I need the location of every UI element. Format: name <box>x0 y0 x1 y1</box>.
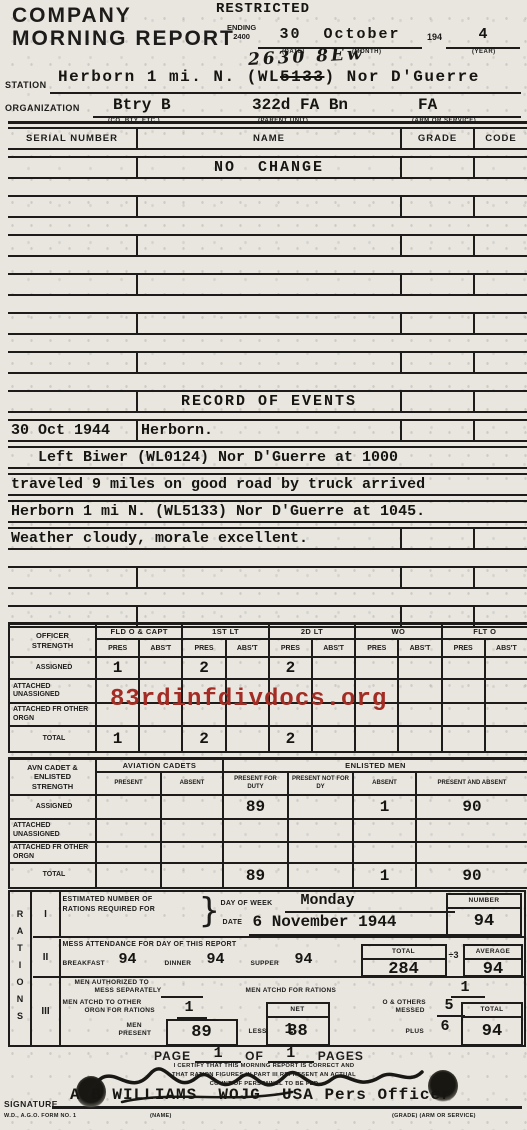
col-present-for-duty: PRESENT FOR DUTY <box>224 773 289 796</box>
group-wo: WO <box>356 625 442 640</box>
organization-unit: Btry B <box>113 96 171 114</box>
net-box: NET 88 <box>266 1002 330 1046</box>
rations-section-3: III MEN AUTHORIZED TO MESS SEPARATELY ME… <box>33 978 525 1045</box>
signature-typed-name: A B WILLIAMS WOJG USA Pers Officer <box>70 1086 452 1104</box>
grand-total-value: 94 <box>463 1018 521 1044</box>
ending-time: 2400 <box>227 33 256 42</box>
empty-cell <box>473 353 527 372</box>
year-sublabel: (YEAR) <box>472 49 496 55</box>
atchd-other-label-1: MEN ATCHD TO OTHER <box>63 999 142 1006</box>
empty-cell <box>8 158 136 177</box>
empty-cell <box>140 727 183 753</box>
report-year-value: 4 <box>478 26 487 43</box>
empty-cell <box>8 353 136 372</box>
empty-cell <box>97 843 162 864</box>
empty-cell <box>354 843 417 864</box>
empty-cell <box>473 568 527 587</box>
abst-header: ABS'T <box>227 640 270 658</box>
total-present-for-duty: 89 <box>224 864 289 889</box>
empty-cell <box>473 421 527 440</box>
row-label-attached-fr-other: ATTACHED FR OTHER ORGN <box>10 704 97 727</box>
event-row-2: Left Biwer (WL0124) Nor D'Guerre at 1000 <box>8 446 527 469</box>
underline <box>249 932 455 936</box>
no-change-row: NO CHANGE <box>8 156 527 179</box>
average-value: 94 <box>465 960 521 979</box>
messed-label: MESSED <box>396 1007 425 1014</box>
col-present: PRESENT <box>97 773 162 796</box>
organization-label: ORGANIZATION <box>5 103 80 113</box>
event-date: 30 Oct 1944 <box>8 421 136 440</box>
rations-date-value: 6 November 1944 <box>253 913 397 931</box>
empty-cell <box>486 680 527 704</box>
empty-cell <box>486 704 527 727</box>
empty-cell <box>289 864 354 889</box>
no-change-entry: NO CHANGE <box>138 158 400 177</box>
abst-header: ABS'T <box>486 640 527 658</box>
event-text: Herborn 1 mi N. (WL5133) Nor D'Guerre at… <box>8 502 527 521</box>
empty-cell <box>354 820 417 843</box>
total-fld-capt-pres: 1 <box>97 727 140 753</box>
net-value: 88 <box>268 1018 328 1044</box>
form-number: W.D., A.G.O. FORM NO. 1 <box>4 1113 76 1119</box>
roster-empty-row <box>8 566 527 589</box>
men-present-box: 89 <box>166 1019 238 1046</box>
empty-cell <box>443 727 486 753</box>
estimated-label-2: RATIONS REQUIRED FOR <box>63 906 156 913</box>
station-suffix: ) Nor D'Guerre <box>324 68 479 86</box>
empty-cell <box>400 314 473 333</box>
empty-cell <box>8 392 136 411</box>
morning-report-scan: COMPANY MORNING REPORT RESTRICTED ENDING… <box>0 0 527 1130</box>
empty-cell <box>136 353 400 372</box>
empty-cell <box>136 314 400 333</box>
personnel-roster-table: SERIAL NUMBER NAME GRADE CODE NO CHANGE … <box>8 121 527 644</box>
event-text: traveled 9 miles on good road by truck a… <box>8 475 527 494</box>
dinner-label: DINNER <box>165 960 192 967</box>
empty-cell <box>8 568 136 587</box>
atchd-other-label-2: ORGN FOR RATIONS <box>85 1007 155 1014</box>
event-row-3: traveled 9 miles on good road by truck a… <box>8 473 527 496</box>
restricted-stamp: RESTRICTED <box>216 1 310 17</box>
total-absent: 1 <box>354 864 417 889</box>
station-struck-coords: 5133 <box>280 68 324 86</box>
brace-glyph: } <box>199 894 221 928</box>
empty-cell <box>227 727 270 753</box>
row-label-total: TOTAL <box>10 864 97 889</box>
record-of-events-header-row: RECORD OF EVENTS <box>8 390 527 413</box>
event-row-5: Weather cloudy, morale excellent. <box>8 527 527 550</box>
event-text: Weather cloudy, morale excellent. <box>8 529 400 548</box>
group-aviation-cadets: AVIATION CADETS <box>97 760 224 773</box>
total-box: TOTAL 284 <box>361 944 447 977</box>
event-text: Herborn. <box>138 421 400 440</box>
rations-letters: RATIONS <box>15 909 25 1028</box>
supper-value: 94 <box>295 951 313 968</box>
group-1st-lt: 1ST LT <box>183 625 269 640</box>
day-of-week-value: Monday <box>301 892 355 909</box>
average-label: AVERAGE <box>465 946 521 960</box>
empty-cell <box>473 158 527 177</box>
number-value: 94 <box>448 909 520 934</box>
roster-empty-row <box>8 312 527 335</box>
form-title-line2: MORNING REPORT <box>12 27 235 51</box>
code-header: CODE <box>473 129 527 148</box>
assigned-fld-capt-pres: 1 <box>97 658 140 680</box>
empty-cell <box>356 658 399 680</box>
archive-watermark: 83rdinfdivdocs.org <box>110 686 387 713</box>
grand-total-label: TOTAL <box>463 1004 521 1018</box>
enlisted-strength-table: AVN CADET & ENLISTED STRENGTH AVIATION C… <box>8 757 527 889</box>
divider <box>8 121 527 124</box>
empty-cell <box>473 275 527 294</box>
row-label-total: TOTAL <box>10 727 97 753</box>
assigned-absent: 1 <box>354 796 417 820</box>
empty-cell <box>313 658 356 680</box>
cadet-enlisted-corner-label: AVN CADET & ENLISTED STRENGTH <box>10 760 97 796</box>
pres-header: PRES <box>443 640 486 658</box>
year-prefix: 194 <box>427 32 442 42</box>
group-flt-o: FLT O <box>443 625 527 640</box>
blank-underline <box>161 994 203 998</box>
empty-cell <box>400 568 473 587</box>
empty-cell <box>8 197 136 216</box>
col-present-not-for-duty: PRESENT NOT FOR DY <box>289 773 354 796</box>
col-absent: ABSENT <box>162 773 224 796</box>
row-label-assigned: ASSIGNED <box>10 658 97 680</box>
atchd-for-rations-label: MEN ATCHD FOR RATIONS <box>246 987 337 994</box>
empty-cell <box>97 864 162 889</box>
day-of-week-label: DAY OF WEEK <box>221 900 273 907</box>
less-value: 1 <box>285 1021 294 1038</box>
empty-cell <box>162 864 224 889</box>
event-row-1: 30 Oct 1944 Herborn. <box>8 419 527 442</box>
total-value: 284 <box>363 960 445 979</box>
pres-header: PRES <box>356 640 399 658</box>
roster-empty-row <box>8 273 527 296</box>
empty-cell <box>8 236 136 255</box>
roster-empty-row <box>8 234 527 257</box>
empty-cell <box>227 658 270 680</box>
roster-empty-row <box>8 195 527 218</box>
empty-cell <box>399 658 442 680</box>
empty-cell <box>399 727 442 753</box>
pres-header: PRES <box>97 640 140 658</box>
total-2d-lt-pres: 2 <box>270 727 313 753</box>
rations-section-1: I ESTIMATED NUMBER OF RATIONS REQUIRED F… <box>33 892 525 938</box>
row-label-attached-unassigned: ATTACHED UNASSIGNED <box>10 820 97 843</box>
authorized-label-2: MESS SEPARATELY <box>95 987 162 994</box>
empty-cell <box>400 353 473 372</box>
empty-cell <box>162 796 224 820</box>
assigned-2d-lt-pres: 2 <box>270 658 313 680</box>
others-messed-value: 5 <box>445 997 454 1014</box>
station-label: STATION <box>5 80 47 90</box>
mess-attendance-label: MESS ATTENDANCE FOR DAY OF THIS REPORT <box>63 941 237 948</box>
grand-total-box: TOTAL 94 <box>461 1002 523 1046</box>
empty-cell <box>224 843 289 864</box>
name-sublabel: (NAME) <box>150 1113 172 1119</box>
empty-cell <box>8 314 136 333</box>
empty-cell <box>136 568 400 587</box>
empty-cell <box>399 704 442 727</box>
total-1st-lt-pres: 2 <box>183 727 226 753</box>
empty-cell <box>289 820 354 843</box>
empty-cell <box>473 197 527 216</box>
average-box: AVERAGE 94 <box>463 944 523 977</box>
empty-cell <box>136 236 400 255</box>
total-present-and-absent: 90 <box>417 864 527 889</box>
assigned-present-and-absent: 90 <box>417 796 527 820</box>
number-box: NUMBER 94 <box>446 893 522 936</box>
report-year-field: 4 <box>446 25 520 49</box>
row-label-assigned: ASSIGNED <box>10 796 97 820</box>
group-enlisted-men: ENLISTED MEN <box>224 760 527 773</box>
empty-cell <box>486 727 527 753</box>
plus-value: 6 <box>441 1018 450 1035</box>
breakfast-label: BREAKFAST <box>63 960 105 967</box>
o-and-others-label: O & OTHERS <box>383 999 426 1006</box>
pres-header: PRES <box>183 640 226 658</box>
number-label: NUMBER <box>448 895 520 909</box>
group-fld-o-capt: FLD O & CAPT <box>97 625 183 640</box>
group-2d-lt: 2D LT <box>270 625 356 640</box>
event-text: Left Biwer (WL0124) Nor D'Guerre at 1000 <box>8 448 527 467</box>
section-2-numeral: II <box>33 939 61 976</box>
less-label: LESS <box>249 1028 267 1035</box>
serial-number-header: SERIAL NUMBER <box>8 129 136 148</box>
empty-cell <box>399 680 442 704</box>
empty-cell <box>136 197 400 216</box>
men-label: MEN <box>127 1022 142 1029</box>
pres-header: PRES <box>270 640 313 658</box>
section-3-numeral: III <box>33 978 61 1045</box>
event-row-4: Herborn 1 mi N. (WL5133) Nor D'Guerre at… <box>8 500 527 523</box>
empty-cell <box>417 843 527 864</box>
empty-cell <box>417 820 527 843</box>
empty-cell <box>443 680 486 704</box>
empty-cell <box>486 658 527 680</box>
grade-arm-sublabel: (GRADE) (ARM OR SERVICE) <box>392 1113 476 1119</box>
signature-label: SIGNATURE <box>4 1099 58 1109</box>
men-present-value: 89 <box>168 1021 236 1044</box>
empty-cell <box>8 275 136 294</box>
empty-cell <box>400 392 473 411</box>
organization-arm: FA <box>418 96 437 114</box>
empty-cell <box>136 275 400 294</box>
empty-cell <box>443 704 486 727</box>
atchd-other-value: 1 <box>185 999 194 1016</box>
col-present-and-absent: PRESENT AND ABSENT <box>417 773 527 796</box>
divide-by-3: ÷3 <box>449 950 459 960</box>
officer-strength-corner-label: OFFICER STRENGTH <box>10 625 97 658</box>
estimated-label-1: ESTIMATED NUMBER OF <box>63 896 153 903</box>
row-label-attached-fr-other: ATTACHED FR OTHER ORGN <box>10 843 97 864</box>
empty-cell <box>400 197 473 216</box>
abst-header: ABS'T <box>399 640 442 658</box>
assigned-1st-lt-pres: 2 <box>183 658 226 680</box>
net-label: NET <box>268 1004 328 1018</box>
present-label: PRESENT <box>119 1030 152 1037</box>
empty-cell <box>97 796 162 820</box>
empty-cell <box>473 236 527 255</box>
empty-cell <box>224 820 289 843</box>
authorized-label-1: MEN AUTHORIZED TO <box>75 979 149 986</box>
empty-cell <box>400 421 473 440</box>
empty-cell <box>162 843 224 864</box>
section-1-numeral: I <box>33 892 61 936</box>
empty-cell <box>289 796 354 820</box>
row-label-attached-unassigned: ATTACHED UNASSIGNED <box>10 680 97 704</box>
date-label: DATE <box>223 919 243 926</box>
assigned-present-for-duty: 89 <box>224 796 289 820</box>
report-date-value: 30 October <box>279 26 400 43</box>
grade-header: GRADE <box>400 129 473 148</box>
station-value: Herborn 1 mi. N. (WL5133) Nor D'Guerre <box>58 68 480 86</box>
empty-cell <box>400 529 473 548</box>
rations-section: RATIONS I ESTIMATED NUMBER OF RATIONS RE… <box>8 890 526 1047</box>
rations-section-2: II MESS ATTENDANCE FOR DAY OF THIS REPOR… <box>33 939 525 978</box>
col-absent-enlisted: ABSENT <box>354 773 417 796</box>
empty-cell <box>313 727 356 753</box>
empty-cell <box>289 843 354 864</box>
empty-cell <box>400 236 473 255</box>
ending-2400-label: ENDING 2400 <box>227 24 256 41</box>
empty-cell <box>443 658 486 680</box>
abst-header: ABS'T <box>313 640 356 658</box>
name-header: NAME <box>136 129 400 148</box>
empty-cell <box>473 529 527 548</box>
form-title-line1: COMPANY <box>12 4 132 28</box>
abst-header: ABS'T <box>140 640 183 658</box>
underline <box>451 994 485 998</box>
record-of-events-title: RECORD OF EVENTS <box>138 392 400 411</box>
empty-cell <box>140 658 183 680</box>
empty-cell <box>473 392 527 411</box>
empty-cell <box>356 727 399 753</box>
roster-header-row: SERIAL NUMBER NAME GRADE CODE <box>8 127 527 150</box>
empty-cell <box>97 820 162 843</box>
plus-label: PLUS <box>406 1028 425 1035</box>
breakfast-value: 94 <box>119 951 137 968</box>
empty-cell <box>162 820 224 843</box>
empty-cell <box>473 314 527 333</box>
total-label: TOTAL <box>363 946 445 960</box>
empty-cell <box>400 275 473 294</box>
roster-empty-row <box>8 351 527 374</box>
station-prefix: Herborn 1 mi. N. (WL <box>58 68 280 86</box>
dinner-value: 94 <box>207 951 225 968</box>
rations-side-label: RATIONS <box>10 892 32 1045</box>
organization-parent-unit: 322d FA Bn <box>252 96 348 114</box>
empty-cell <box>400 158 473 177</box>
supper-label: SUPPER <box>251 960 280 967</box>
